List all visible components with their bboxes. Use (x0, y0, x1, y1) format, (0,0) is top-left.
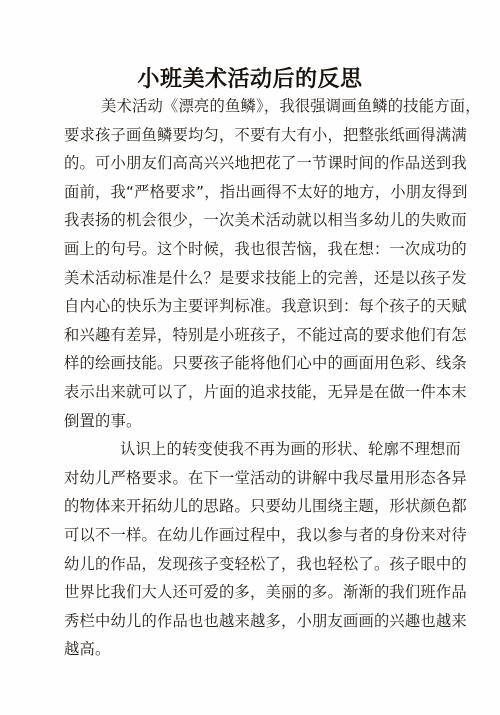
text-line: 自内心的快乐为主要评判标准。我意识到：每个孩子的天赋 (64, 292, 438, 321)
paragraph-2: 认识上的转变使我不再为画的形状、轮廓不理想而 对幼儿严格要求。在下一堂活动的讲解… (64, 435, 438, 664)
document-title: 小班美术活动后的反思 (0, 62, 500, 93)
text-line: 认识上的转变使我不再为画的形状、轮廓不理想而 (64, 435, 438, 464)
text-line: 样的绘画技能。只要孩子能将他们心中的画面用色彩、线条 (64, 349, 438, 378)
text-line: 画上的句号。这个时候，我也很苦恼，我在想：一次成功的 (64, 235, 438, 264)
text-line: 的。可小朋友们高高兴兴地把花了一节课时间的作品送到我 (64, 149, 438, 178)
text-line: 对幼儿严格要求。在下一堂活动的讲解中我尽量用形态各异 (64, 464, 438, 493)
text-line: 美术活动标准是什么？是要求技能上的完善，还是以孩子发 (64, 264, 438, 293)
text-line: 倒置的事。 (64, 407, 438, 436)
text-line: 世界比我们大人还可爱的多，美丽的多。渐渐的我们班作品 (64, 578, 438, 607)
text-line: 越高。 (64, 635, 438, 664)
text-line: 的物体来开拓幼儿的思路。只要幼儿围绕主题，形状颜色都 (64, 492, 438, 521)
text-line: 秀栏中幼儿的作品也也越来越多，小朋友画画的兴趣也越来 (64, 607, 438, 636)
text-line: 可以不一样。在幼儿作画过程中，我以参与者的身份来对待 (64, 521, 438, 550)
text-line: 要求孩子画鱼鳞要均匀，不要有大有小，把整张纸画得满满 (64, 121, 438, 150)
paragraph-1: 美术活动《漂亮的鱼鳞》，我很强调画鱼鳞的技能方面， 要求孩子画鱼鳞要均匀，不要有… (64, 92, 438, 435)
text-line: 面前，我“严格要求”，指出画得不太好的地方，小朋友得到 (64, 178, 438, 207)
text-line: 和兴趣有差异，特别是小班孩子，不能过高的要求他们有怎 (64, 321, 438, 350)
text-line: 表示出来就可以了，片面的追求技能，无异是在做一件本末 (64, 378, 438, 407)
document-body: 美术活动《漂亮的鱼鳞》，我很强调画鱼鳞的技能方面， 要求孩子画鱼鳞要均匀，不要有… (64, 92, 438, 664)
document-page: 小班美术活动后的反思 美术活动《漂亮的鱼鳞》，我很强调画鱼鳞的技能方面， 要求孩… (0, 0, 500, 715)
text-line: 我表扬的机会很少，一次美术活动就以相当多幼儿的失败而 (64, 206, 438, 235)
text-line: 幼儿的作品，发现孩子变轻松了，我也轻松了。孩子眼中的 (64, 550, 438, 579)
text-line: 美术活动《漂亮的鱼鳞》，我很强调画鱼鳞的技能方面， (64, 92, 438, 121)
